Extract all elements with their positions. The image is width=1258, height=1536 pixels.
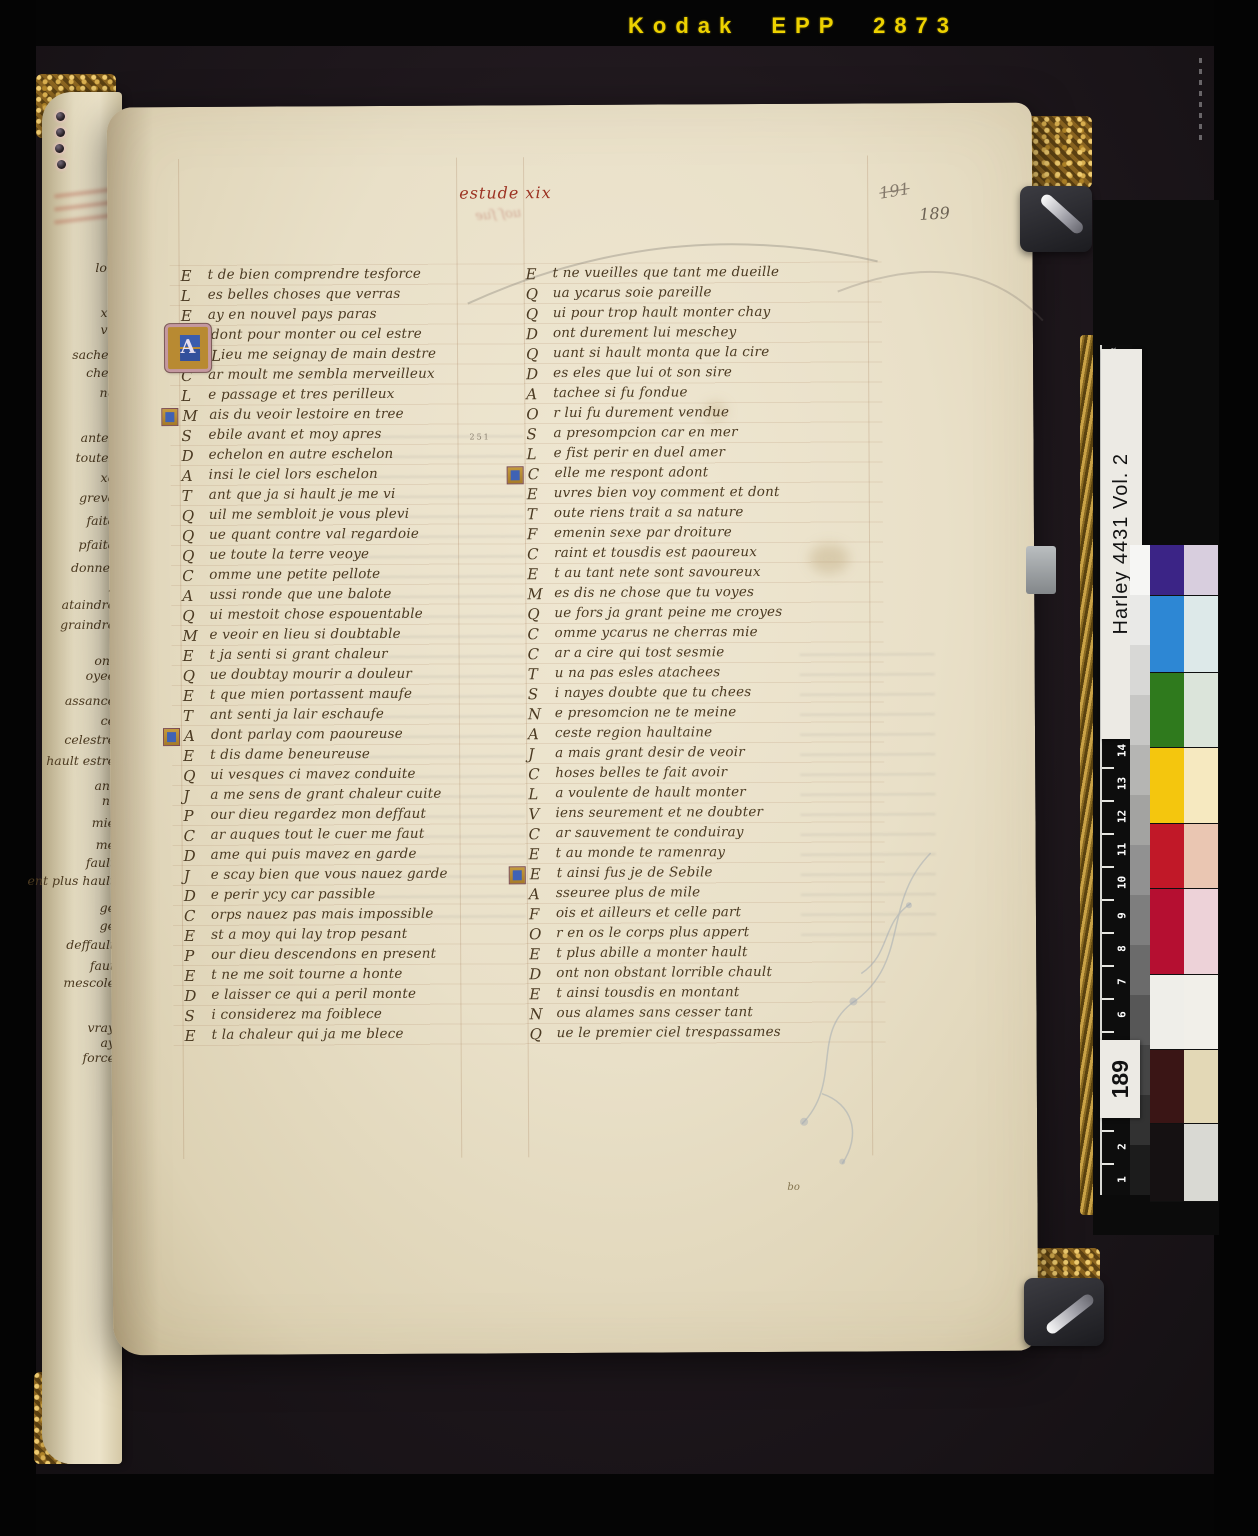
verse-text: uil me sembloit je vous plevi	[209, 506, 409, 523]
verse-text: ant que ja si hault je me vi	[209, 486, 396, 503]
line-ending-fragment: celestre	[64, 732, 115, 747]
verse-line: Aceste region haultaine	[528, 723, 888, 745]
page-weight-pin	[56, 128, 65, 137]
verse-text: ame qui puis mavez en garde	[211, 846, 417, 863]
verse-text: ais du veoir lestoire en tree	[209, 406, 404, 423]
verse-text: omme ycarus ne cherras mie	[554, 624, 757, 641]
patch-pale	[1184, 1050, 1218, 1123]
verse-line: Adont parlay com paoureuse	[183, 725, 543, 747]
grayscale-step	[1130, 645, 1150, 695]
verse-line: Or lui fu durement vendue	[526, 403, 886, 425]
ruler-cell: 7	[1102, 965, 1132, 998]
patch-saturated	[1150, 748, 1184, 823]
verse-text: emenin sexe par droiture	[554, 524, 732, 541]
verse-initial: N	[529, 1005, 556, 1023]
clip-lever	[1044, 1292, 1096, 1336]
verse-text: ar a cire qui tost sesmie	[555, 644, 725, 661]
verse-text: dont pour monter ou cel estre	[211, 326, 422, 343]
page-weight-pin	[55, 144, 64, 153]
grayscale-step	[1130, 895, 1150, 945]
illuminated-initial	[509, 866, 526, 884]
verse-text: i considerez ma foiblece	[211, 1006, 382, 1023]
verse-text: t ainsi tousdis en montant	[556, 984, 739, 1001]
film-edge-right	[1214, 0, 1258, 1536]
verse-text: ua ycarus soie pareille	[553, 284, 712, 301]
verse-text: es belles choses que verras	[208, 286, 401, 303]
verse-text: e fist perir en duel amer	[554, 444, 726, 461]
verse-line: Des eles que lui ot son sire	[526, 363, 886, 385]
verse-text: elle me respont adont	[555, 464, 709, 481]
patch-saturated	[1150, 824, 1184, 888]
verse-line: Dame qui puis mavez en garde	[184, 845, 544, 867]
verse-text: ceste region haultaine	[555, 724, 712, 741]
verse-line: Sebile avant et moy apres	[181, 425, 541, 447]
verse-line: Asseuree plus de mile	[529, 883, 889, 905]
verse-initial: D	[184, 987, 211, 1005]
verse-initial: L	[181, 387, 208, 405]
verse-initial: F	[529, 905, 556, 923]
verse-line: Toute riens trait a sa nature	[527, 503, 887, 525]
ruler-number: 11	[1116, 842, 1129, 858]
verse-line: Que toute la terre veoye	[182, 545, 542, 567]
verse-initial: A	[182, 587, 209, 605]
patch-row	[1150, 673, 1218, 748]
line-ending-fragment: force	[82, 1050, 115, 1065]
page-weight-pin	[57, 160, 66, 169]
verse-line: Femenin sexe par droiture	[527, 523, 887, 545]
facing-page-line-endings: lonxevesacheschesneantestoutesxegrevefai…	[44, 248, 118, 1068]
verse-line: Pour dieu descendons en present	[184, 945, 544, 967]
verse-text: es eles que lui ot son sire	[553, 364, 732, 381]
verse-text: ont non obstant lorrible chault	[556, 964, 772, 981]
verse-initial: O	[529, 925, 556, 943]
patch-saturated	[1150, 673, 1184, 747]
verse-text: t au tant nete sont savoureux	[554, 564, 761, 581]
verse-line: Je scay bien que vous nauez garde	[184, 865, 544, 887]
verse-line: Et ainsi tousdis en montant	[529, 983, 889, 1005]
verse-line: Tant que ja si hault je me vi	[182, 485, 542, 507]
verse-text: r lui fu durement vendue	[553, 404, 729, 421]
verse-initial: P	[183, 807, 210, 825]
verse-line: Est a moy qui lay trop pesant	[184, 925, 544, 947]
verse-line: Que doubtay mourir a douleur	[183, 665, 543, 687]
patch-row	[1150, 889, 1218, 975]
verse-text: uvres bien voy comment et dont	[554, 484, 780, 501]
verse-text: ar sauvement te conduiray	[556, 824, 744, 841]
verse-initial: E	[181, 267, 208, 285]
ruler-tick	[1102, 965, 1114, 967]
grayscale-step	[1130, 1145, 1150, 1195]
verse-text: ant senti ja lair eschaufe	[210, 706, 384, 723]
verse-line: Dont non obstant lorrible chault	[529, 963, 889, 985]
verse-initial: C	[184, 907, 211, 925]
verse-initial: E	[181, 307, 208, 325]
verse-initial: E	[527, 565, 554, 583]
verse-text: ont durement lui meschey	[553, 324, 737, 341]
verse-text: ar moult me sembla merveilleux	[208, 366, 435, 383]
verse-initial: J	[528, 745, 555, 763]
ruler-number: 8	[1116, 941, 1129, 957]
verse-initial: E	[529, 945, 556, 963]
verse-line: Si nayes doubte que tu chees	[528, 683, 888, 705]
verse-initial: D	[184, 887, 211, 905]
patch-row	[1150, 1124, 1218, 1202]
verse-initial: Q	[182, 507, 209, 525]
verse-line: Tu na pas esles atachees	[528, 663, 888, 685]
verse-text: ue doubtay mourir a douleur	[210, 666, 412, 683]
verse-text: e veoir en lieu si doubtable	[209, 626, 400, 643]
verse-initial: T	[183, 707, 210, 725]
grayscale-step	[1130, 695, 1150, 745]
folio-number: 189	[919, 203, 951, 224]
verse-initial: E	[183, 647, 210, 665]
verse-line: Atachee si fu fondue	[526, 383, 886, 405]
verse-text: i nayes doubte que tu chees	[555, 684, 752, 701]
verse-text: ue fors ja grant peine me croyes	[554, 604, 782, 621]
patch-row	[1150, 748, 1218, 824]
verse-initial: C	[528, 465, 555, 483]
verse-initial: D	[182, 447, 209, 465]
verse-line: Or en os le corps plus appert	[529, 923, 889, 945]
verse-initial: J	[184, 867, 211, 885]
verse-initial: C	[527, 545, 554, 563]
verse-line: Ja mais grant desir de veoir	[528, 743, 888, 765]
verse-initial: E	[183, 687, 210, 705]
patch-pale	[1184, 889, 1218, 974]
verse-text: sseuree plus de mile	[556, 884, 701, 901]
line-ending-fragment: deffault	[66, 937, 115, 952]
verse-line: Que fors ja grant peine me croyes	[527, 603, 887, 625]
ruler-number: 6	[1116, 1007, 1129, 1023]
verse-text: ue toute la terre veoye	[209, 546, 369, 563]
verse-text: ieu me seignay de main destre	[221, 346, 436, 363]
verse-text: oute riens trait a sa nature	[554, 504, 744, 521]
verse-initial: F	[527, 525, 554, 543]
verse-line: Me veoir en lieu si doubtable	[182, 625, 542, 647]
illuminated-initial: A	[165, 324, 211, 372]
verse-line: Car sauvement te conduiray	[529, 823, 889, 845]
verse-line: Comme une petite pellote	[182, 565, 542, 587]
verse-text: our dieu regardez mon deffaut	[210, 806, 426, 823]
verse-initial: E	[530, 865, 557, 883]
verse-line: Car auques tout le cuer me faut	[184, 825, 544, 847]
line-ending-fragment: ataindre	[62, 597, 115, 612]
folio-tag-text: 189	[1107, 1060, 1134, 1098]
verse-text: t que mien portassent maufe	[210, 686, 412, 703]
ruler-tick	[1102, 1130, 1114, 1132]
verse-line: Que quant contre val regardoie	[182, 525, 542, 547]
line-ending-fragment: mescole	[63, 975, 115, 990]
verse-initial: L	[528, 785, 555, 803]
verse-text: ui pour trop hault monter chay	[553, 304, 771, 321]
verse-text: insi le ciel lors eschelon	[209, 466, 378, 483]
verse-initial: A	[529, 885, 556, 903]
ruler-tick	[1102, 833, 1114, 835]
patch-saturated	[1150, 545, 1184, 595]
verse-text: a me sens de grant chaleur cuite	[210, 786, 441, 803]
ruler-cell: 10	[1102, 866, 1132, 899]
verse-initial: D	[529, 965, 556, 983]
verse-text: ui vesques ci mavez conduite	[210, 766, 416, 783]
verse-line: Ainsi le ciel lors eschelon	[182, 465, 542, 487]
verse-initial: M	[527, 585, 554, 603]
verse-text: t ja senti si grant chaleur	[210, 646, 388, 663]
verse-initial: C	[184, 827, 211, 845]
verse-line: Tant senti ja lair eschaufe	[183, 705, 543, 727]
manuscript-photograph: Kodak EPP 2873 lonxevesacheschesneantest…	[0, 0, 1258, 1536]
verse-line: Car a cire qui tost sesmie	[528, 643, 888, 665]
ruler-tick	[1102, 866, 1114, 868]
verse-initial: T	[528, 665, 555, 683]
ruler-tick	[1102, 899, 1114, 901]
verse-line: Choses belles te fait avoir	[528, 763, 888, 785]
text-column-left: Et de bien comprendre tesforceLes belles…	[181, 265, 545, 1047]
patch-pale	[1184, 673, 1218, 747]
verse-line: Que le premier ciel trespassames	[530, 1023, 890, 1045]
verse-initial: A	[526, 385, 553, 403]
verse-line: Qui vesques ci mavez conduite	[183, 765, 543, 787]
verse-text: ebile avant et moy apres	[208, 426, 381, 443]
line-ending-fragment: ent plus hault	[28, 873, 115, 888]
patch-row	[1150, 824, 1218, 889]
verse-line: Sa presompcion car en mer	[526, 423, 886, 445]
verse-text: our dieu descendons en present	[211, 946, 436, 963]
verse-line: Celle me respont adont	[527, 463, 887, 485]
verse-initial: Q	[527, 605, 554, 623]
verse-initial: Q	[530, 1025, 557, 1043]
patch-pale	[1184, 545, 1218, 595]
verse-initial: Q	[183, 767, 210, 785]
verse-text: es dis ne chose que tu voyes	[554, 584, 754, 601]
verse-text: echelon en autre eschelon	[209, 446, 394, 463]
verse-initial: V	[528, 805, 555, 823]
ruler-tick	[1102, 1031, 1114, 1033]
verse-line: Ja me sens de grant chaleur cuite	[183, 785, 543, 807]
verse-line: Et au tant nete sont savoureux	[527, 563, 887, 585]
rubric-showthrough: uoſ ſue	[475, 206, 522, 224]
verse-text: tachee si fu fondue	[553, 384, 688, 401]
ruler-number: 13	[1116, 776, 1129, 792]
verse-initial: D	[526, 365, 553, 383]
verse-line: De perir ycy car passible	[184, 885, 544, 907]
ruler-cell: 13	[1102, 767, 1132, 800]
verse-line: Et plus abille a monter hault	[529, 943, 889, 965]
verse-line: Qua ycarus soie pareille	[526, 283, 886, 305]
grayscale-step	[1130, 845, 1150, 895]
ruler-tick	[1102, 767, 1114, 769]
verse-line: Et la chaleur qui ja me blece	[185, 1025, 545, 1047]
verse-text: ay en nouvel pays paras	[208, 306, 377, 323]
ruler-cell: 12	[1102, 800, 1132, 833]
grayscale-step	[1130, 595, 1150, 645]
verse-text: t ne me soit tourne a honte	[211, 966, 402, 983]
folio-tag-label: 189	[1100, 1040, 1140, 1118]
verse-initial: Q	[182, 607, 209, 625]
verse-initial: E	[184, 927, 211, 945]
verse-initial: C	[529, 825, 556, 843]
verse-initial: T	[527, 505, 554, 523]
verse-initial: E	[184, 967, 211, 985]
verse-initial: E	[183, 747, 210, 765]
patch-row	[1150, 1050, 1218, 1124]
patch-pale	[1184, 975, 1218, 1049]
verse-initial: N	[528, 705, 555, 723]
verse-line: Ne presomcion ne te meine	[528, 703, 888, 725]
binder-clip-bottom	[1024, 1278, 1104, 1346]
verse-line: Mes dis ne chose que tu voyes	[527, 583, 887, 605]
verse-line: Viens seurement et ne doubter	[528, 803, 888, 825]
ruler-number: 9	[1116, 908, 1129, 924]
manuscript-page: estude xix uoſ ſue 191 189 251 bo Et de …	[107, 103, 1039, 1356]
verse-text: ui mestoit chose espouentable	[209, 606, 423, 623]
verse-initial: S	[184, 1007, 211, 1025]
verse-line: dont pour monter ou cel estre	[211, 325, 541, 347]
verse-initial: C	[528, 765, 555, 783]
text-column-right: Et ne vueilles que tant me dueilleQua yc…	[526, 263, 890, 1045]
verse-text: dont parlay com paoureuse	[211, 726, 403, 743]
verse-text: e passage et tres perilleux	[208, 386, 394, 403]
verse-text: ous alames sans cesser tant	[556, 1004, 753, 1021]
verse-initial: C	[527, 625, 554, 643]
verse-text: a mais grant desir de veoir	[555, 744, 745, 761]
verse-text: ois et ailleurs et celle part	[556, 904, 741, 921]
verse-text: r en os le corps plus appert	[556, 924, 749, 941]
verse-initial: Q	[182, 527, 209, 545]
verse-line: Si considerez ma foiblece	[184, 1005, 544, 1027]
verse-initial: E	[529, 985, 556, 1003]
verse-initial: Q	[526, 345, 553, 363]
verse-text: t plus abille a monter hault	[556, 944, 748, 961]
verse-line: Et ja senti si grant chaleur	[183, 645, 543, 667]
line-ending-fragment: hault estre	[46, 753, 115, 768]
ruler-tick	[1102, 932, 1114, 934]
film-stock-label: Kodak EPP 2873	[628, 13, 958, 39]
patch-pale	[1184, 824, 1218, 888]
line-ending-fragment: assance	[65, 693, 115, 708]
verse-initial: L	[181, 287, 208, 305]
verse-initial: S	[528, 685, 555, 703]
verse-initial: C	[528, 645, 555, 663]
film-edge-marks	[1199, 58, 1202, 142]
verse-line: Et de bien comprendre tesforce	[181, 265, 541, 287]
patch-saturated	[1150, 1124, 1184, 1201]
verse-initial: E	[526, 265, 553, 283]
verse-line: Euvres bien voy comment et dont	[527, 483, 887, 505]
verse-initial: E	[527, 485, 554, 503]
verse-text: iens seurement et ne doubter	[555, 804, 763, 821]
quire-mark: bo	[787, 1182, 799, 1193]
ruler-cell: 1	[1102, 1163, 1132, 1196]
ruler-number: 14	[1116, 743, 1129, 759]
verse-text: t ne vueilles que tant me dueille	[553, 264, 780, 281]
verse-initial: M	[182, 627, 209, 645]
ruler-tick	[1102, 998, 1114, 1000]
gold-brocade-right-top	[1022, 116, 1092, 188]
verse-text: t au monde te ramenray	[556, 844, 726, 861]
patch-saturated	[1150, 596, 1184, 672]
grayscale-step	[1130, 745, 1150, 795]
verse-text: t de bien comprendre tesforce	[208, 266, 422, 283]
verse-initial: M	[182, 407, 209, 425]
ruler-cell: 8	[1102, 932, 1132, 965]
patch-saturated	[1150, 889, 1184, 974]
verse-line: Dont durement lui meschey	[526, 323, 886, 345]
binder-clip-top	[1020, 186, 1092, 252]
verse-line: Et dis dame beneureuse	[183, 745, 543, 767]
verse-text: e laisser ce qui a peril monte	[211, 986, 416, 1003]
page-holder-clip	[1026, 546, 1056, 594]
verse-line: De laisser ce qui a peril monte	[184, 985, 544, 1007]
ruler-tick	[1102, 1163, 1114, 1165]
verse-line: Craint et tousdis est paoureux	[527, 543, 887, 565]
verse-initial: A	[184, 727, 211, 745]
verse-line: Le passage et tres perilleux	[181, 385, 541, 407]
verse-initial: Q	[526, 285, 553, 303]
verse-text: e perir ycy car passible	[211, 886, 376, 903]
verse-line: Et au monde te ramenray	[529, 843, 889, 865]
clip-lever	[1039, 192, 1086, 236]
patch-row	[1150, 596, 1218, 673]
ruler-number: 7	[1116, 974, 1129, 990]
verse-text: ue quant contre val regardoie	[209, 526, 419, 543]
verse-line: Dechelon en autre eschelon	[182, 445, 542, 467]
film-edge-left	[0, 0, 36, 1536]
verse-initial: J	[183, 787, 210, 805]
illuminated-initial	[161, 408, 178, 426]
verse-line: Les belles choses que verras	[181, 285, 541, 307]
line-ending-fragment: graindre	[60, 617, 115, 632]
verse-initial: A	[182, 467, 209, 485]
verse-line: Quil me sembloit je vous plevi	[182, 505, 542, 527]
grayscale-step	[1130, 995, 1150, 1045]
ruler-cell: 2	[1102, 1130, 1132, 1163]
verse-initial: Q	[182, 547, 209, 565]
verse-text: uant si hault monta que la cire	[553, 344, 769, 361]
film-edge-bottom	[0, 1474, 1258, 1536]
red-showthrough-mark	[50, 182, 116, 240]
verse-text: ue le premier ciel trespassames	[557, 1024, 781, 1041]
verse-initial: L	[211, 347, 221, 365]
verse-text: raint et tousdis est paoureux	[554, 544, 757, 561]
verse-initial: A	[528, 725, 555, 743]
verse-line: Qui pour trop hault monter chay	[526, 303, 886, 325]
patch-pale	[1184, 1124, 1218, 1201]
verse-line: Car moult me sembla merveilleux	[181, 365, 541, 387]
verse-text: t ainsi fus je de Sebile	[557, 864, 713, 881]
verse-line: Pour dieu regardez mon deffaut	[183, 805, 543, 827]
verse-line: Lieu me seignay de main destre	[211, 345, 541, 367]
verse-line: Et ne vueilles que tant me dueille	[526, 263, 886, 285]
verse-line: Quant si hault monta que la cire	[526, 343, 886, 365]
verse-initial: O	[526, 405, 553, 423]
illuminated-initial	[507, 466, 524, 484]
verse-text: a presompcion car en mer	[553, 424, 737, 441]
verse-line: Et ne me soit tourne a honte	[184, 965, 544, 987]
verse-initial: D	[184, 847, 211, 865]
verse-initial: Q	[526, 305, 553, 323]
verse-text: u na pas esles atachees	[555, 664, 721, 681]
verse-line: Comme ycarus ne cherras mie	[527, 623, 887, 645]
verse-line: Et ainsi fus je de Sebile	[529, 863, 889, 885]
patch-pale	[1184, 596, 1218, 672]
patch-saturated	[1150, 975, 1184, 1049]
ruler-number: 12	[1116, 809, 1129, 825]
patch-row	[1150, 545, 1218, 596]
rubric-heading: estude xix	[459, 183, 551, 202]
verse-text: e presomcion ne te meine	[555, 704, 737, 721]
verse-line: Nous alames sans cesser tant	[529, 1003, 889, 1025]
verse-text: t dis dame beneureuse	[210, 746, 370, 763]
